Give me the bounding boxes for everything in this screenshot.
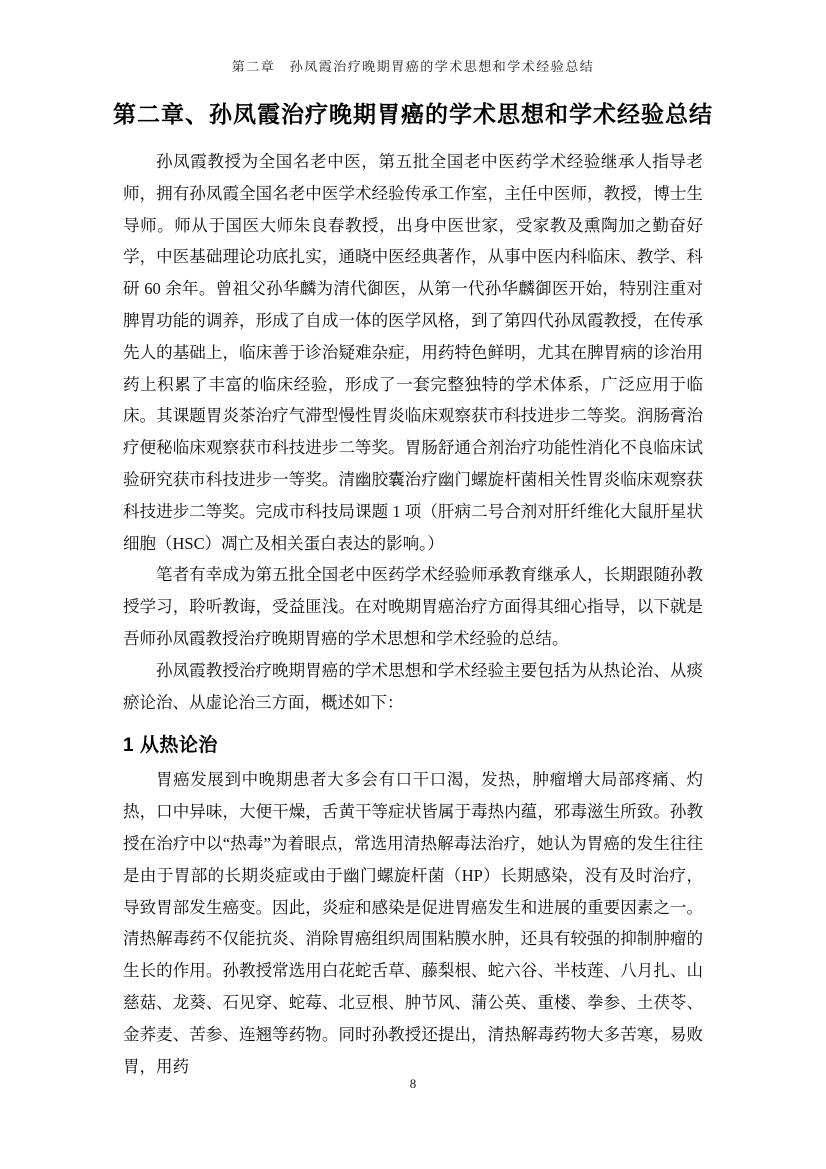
paragraph: 胃癌发展到中晚期患者大多会有口干口渴，发热，肿瘤增大局部疼痛、灼热，口中异味，大… [123, 764, 703, 1082]
paragraph: 孙凤霞教授治疗晚期胃癌的学术思想和学术经验主要包括为从热论治、从痰瘀论治、从虚论… [123, 655, 703, 719]
document-page: 第二章 孙凤霞治疗晚期胃癌的学术思想和学术经验总结 第二章、孙凤霞治疗晚期胃癌的… [0, 0, 826, 1169]
section-heading: 1 从热论治 [123, 730, 703, 757]
paragraph: 笔者有幸成为第五批全国老中医药学术经验师承教育继承人，长期跟随孙教授学习，聆听教… [123, 559, 703, 654]
chapter-title: 第二章、孙凤霞治疗晚期胃癌的学术思想和学术经验总结 [0, 96, 826, 129]
paragraph: 孙凤霞教授为全国名老中医，第五批全国老中医药学术经验继承人指导老师，拥有孙凤霞全… [123, 146, 703, 559]
document-body: 孙凤霞教授为全国名老中医，第五批全国老中医药学术经验继承人指导老师，拥有孙凤霞全… [123, 146, 703, 1082]
page-number: 8 [0, 1076, 826, 1092]
running-header: 第二章 孙凤霞治疗晚期胃癌的学术思想和学术经验总结 [0, 56, 826, 75]
